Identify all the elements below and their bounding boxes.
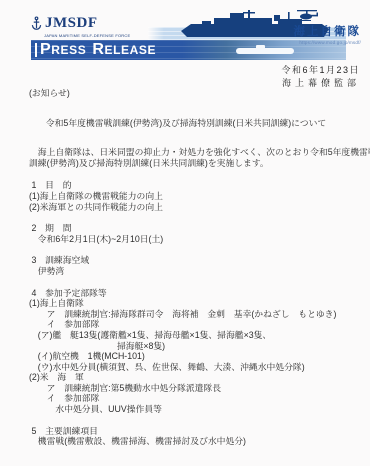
doc-line: 3 訓練海空域 (29, 255, 359, 266)
intro-paragraph: 海上自衛隊は、日米同盟の抑止力・対処力を強化すべく、次のとおり令和5年度機雷戦 … (29, 147, 359, 168)
doc-line: 4 参加予定部隊等 (29, 288, 359, 299)
dateline: 令和6年1月23日 海上幕僚監部 (281, 64, 360, 89)
press-word: PRESS (40, 42, 86, 58)
document-title: 令和5年度機雷戦訓練(伊勢湾)及び掃海特別訓練(日米共同訓練)について (29, 118, 359, 129)
notice-label: (お知らせ) (29, 88, 359, 99)
doc-line: 水中処分員、UUV操作員等 (29, 404, 359, 415)
doc-line: ア 訓練統制官:第5機動水中処分隊派遣隊長 (29, 383, 359, 394)
doc-line: (イ)航空機 1機(MCH-101) (29, 351, 359, 362)
doc-line: ア 訓練統制官:掃海隊群司令 海将補 金刺 基幸(かねざし もとゆき) (29, 309, 359, 320)
logo-text: JMSDF (45, 15, 98, 32)
section-training-area: 3 訓練海空域 伊勢湾 (29, 255, 359, 276)
doc-line: 1 目 的 (29, 180, 359, 191)
document-body: (お知らせ) 令和5年度機雷戦訓練(伊勢湾)及び掃海特別訓練(日米共同訓練)につ… (29, 88, 359, 458)
doc-line: イ 参加部隊 (29, 393, 359, 404)
section-participants: 4 参加予定部隊等 (1)海上自衛隊 ア 訓練統制官:掃海隊群司令 海将補 金刺… (29, 288, 359, 415)
press-release-page: JMSDF JAPAN MARITIME SELF-DEFENSE FORCE … (0, 0, 370, 466)
helicopter-icon (296, 9, 320, 22)
doc-line: 機雷戦(機雷敷設、機雷掃海、機雷掃討及び水中処分) (29, 436, 359, 447)
doc-line: (2)米 海 軍 (29, 372, 359, 383)
section-purpose: 1 目 的 (1)海上自衛隊の機雷戦能力の向上 (2)米海軍との共同作戦能力の向… (29, 180, 359, 212)
doc-line: 掃海艇×8隻) (29, 341, 359, 352)
intro-line: 海上自衛隊は、日米同盟の抑止力・対処力を強化すべく、次のとおり令和5年度機雷戦 (29, 147, 359, 158)
org-url: https://www.mod.go.jp/msdf/ (294, 40, 362, 45)
section-period: 2 期 間 令和6年2月1日(木)~2月10日(土) (29, 223, 359, 244)
header-banner: JMSDF JAPAN MARITIME SELF-DEFENSE FORCE … (0, 0, 370, 62)
jmsdf-logo: JMSDF JAPAN MARITIME SELF-DEFENSE FORCE (31, 15, 151, 38)
doc-line: (1)海上自衛隊 (29, 298, 359, 309)
intro-line: 訓練(伊勢湾)及び掃海特別訓練(日米共同訓練)を実施します。 (29, 158, 359, 169)
doc-line: 5 主要訓練項目 (29, 426, 359, 437)
submarine-icon (236, 48, 294, 54)
bar-tick (35, 43, 37, 57)
doc-line: 伊勢湾 (29, 266, 359, 277)
anchor-icon (31, 16, 42, 31)
doc-line: イ 参加部隊 (29, 319, 359, 330)
section-training-items: 5 主要訓練項目 機雷戦(機雷敷設、機雷掃海、機雷掃討及び水中処分) (29, 426, 359, 447)
doc-line: (ア)艦 艇13隻(護衛艦×1隻、掃海母艦×1隻、掃海艦×3隻、 (29, 330, 359, 341)
org-block: 海上自衛隊 https://www.mod.go.jp/msdf/ (294, 23, 362, 45)
doc-line: 2 期 間 (29, 223, 359, 234)
doc-line: (2)米海軍との共同作戦能力の向上 (29, 202, 359, 213)
document-date: 令和6年1月23日 (281, 64, 360, 77)
release-word: RELEASE (92, 42, 156, 58)
doc-line: 令和6年2月1日(木)~2月10日(土) (29, 234, 359, 245)
org-name: 海上自衛隊 (294, 23, 362, 39)
doc-line: (ウ)水中処分員(横須賀、呉、佐世保、舞鶴、大湊、沖縄水中処分隊) (29, 362, 359, 373)
doc-line: (1)海上自衛隊の機雷戦能力の向上 (29, 191, 359, 202)
logo-subtitle: JAPAN MARITIME SELF-DEFENSE FORCE (44, 33, 151, 38)
